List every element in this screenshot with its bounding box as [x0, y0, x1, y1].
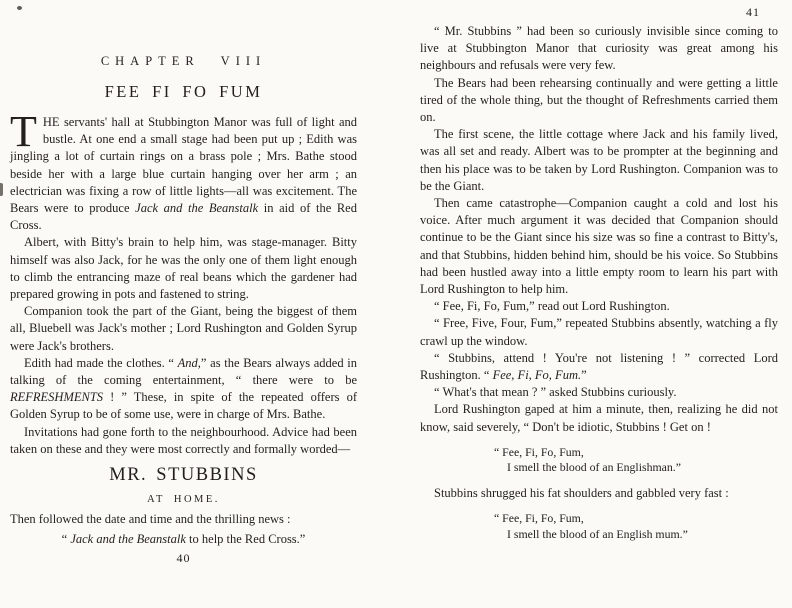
paragraph: Stubbins shrugged his fat shoulders and … [420, 485, 778, 502]
paragraph: The Bears had been rehearsing continuall… [420, 75, 778, 127]
invitation-subheading: AT HOME. [10, 494, 357, 505]
centered-line: “ Jack and the Beanstalk to help the Red… [10, 531, 357, 548]
body-text-run: “ Mr. Stubbins ” had been so curiously i… [420, 24, 778, 72]
paragraph: “ What's that mean ? ” asked Stubbins cu… [420, 384, 778, 401]
body-text-run: “ What's that mean ? ” asked Stubbins cu… [434, 385, 676, 399]
paragraph: Then came catastrophe—Companion caught a… [420, 195, 778, 298]
paragraph: Companion took the part of the Giant, be… [10, 303, 357, 355]
verse-line: “ Fee, Fi, Fo, Fum, [494, 445, 778, 461]
page-right: 41 “ Mr. Stubbins ” had been so curiousl… [396, 0, 792, 608]
page-left: CHAPTER VIII FEE FI FO FUM THE servants'… [0, 0, 396, 608]
body-text-run: The first scene, the little cottage wher… [420, 127, 778, 193]
paragraph: Albert, with Bitty's brain to help him, … [10, 234, 357, 303]
paragraph: “ Stubbins, attend ! You're not listenin… [420, 350, 778, 384]
paragraph: Edith had made the clothes. “ And,” as t… [10, 355, 357, 424]
paragraph: THE servants' hall at Stubbington Manor … [10, 114, 357, 234]
verse-quote: “ Fee, Fi, Fo, Fum,I smell the blood of … [494, 511, 778, 542]
right-page-text: “ Mr. Stubbins ” had been so curiously i… [420, 23, 778, 542]
body-text-run: The Bears had been rehearsing continuall… [420, 76, 778, 124]
chapter-title: FEE FI FO FUM [10, 82, 357, 102]
verse-line: “ Fee, Fi, Fo, Fum, [494, 511, 778, 527]
invitation-heading: MR. STUBBINS [10, 465, 357, 486]
verse-line: I smell the blood of an English mum.” [507, 527, 778, 543]
body-text-run: HE servants' hall at Stubbington Manor w… [10, 115, 357, 215]
body-text-run: Stubbins shrugged his fat shoulders and … [434, 486, 729, 500]
body-text-run: Then followed the date and time and the … [10, 512, 290, 526]
paragraph: Then followed the date and time and the … [10, 511, 357, 528]
body-text-run: Albert, with Bitty's brain to help him, … [10, 235, 357, 301]
body-text-run: ” [581, 368, 587, 382]
body-text-run: “ Fee, Fi, Fo, Fum,” read out Lord Rushi… [434, 299, 670, 313]
italic-text: And, [178, 356, 201, 370]
left-page-text-after: Then followed the date and time and the … [10, 511, 357, 548]
book-spread: CHAPTER VIII FEE FI FO FUM THE servants'… [0, 0, 792, 608]
body-text-run: Lord Rushington gaped at him a minute, t… [420, 402, 778, 433]
body-text-run: Then came catastrophe—Companion caught a… [420, 196, 778, 296]
body-text-run: Edith had made the clothes. “ [24, 356, 178, 370]
italic-text: Fee, Fi, Fo, Fum. [493, 368, 582, 382]
paragraph: The first scene, the little cottage wher… [420, 126, 778, 195]
verse-line: I smell the blood of an Englishman.” [507, 460, 778, 476]
body-text-run: to help the Red Cross.” [186, 532, 305, 546]
body-text-run: “ Free, Five, Four, Fum,” repeated Stubb… [420, 316, 778, 347]
paragraph: Invitations had gone forth to the neighb… [10, 424, 357, 458]
italic-text: REFRESHMENTS [10, 390, 103, 404]
chapter-header: CHAPTER VIII FEE FI FO FUM [10, 54, 357, 102]
italic-text: Jack and the Beanstalk [70, 532, 186, 546]
page-number-right: 41 [420, 5, 778, 20]
page-number-left: 40 [10, 551, 357, 566]
paragraph: “ Fee, Fi, Fo, Fum,” read out Lord Rushi… [420, 298, 778, 315]
body-text-run: “ Stubbins, attend ! You're not listenin… [420, 351, 778, 382]
verse-quote: “ Fee, Fi, Fo, Fum,I smell the blood of … [494, 445, 778, 476]
invitation-card: MR. STUBBINS AT HOME. [10, 465, 357, 505]
drop-cap: T [10, 114, 43, 148]
left-page-text: THE servants' hall at Stubbington Manor … [10, 114, 357, 458]
chapter-heading: CHAPTER VIII [10, 54, 357, 69]
paragraph: “ Free, Five, Four, Fum,” repeated Stubb… [420, 315, 778, 349]
body-text-run: Companion took the part of the Giant, be… [10, 304, 357, 352]
paragraph: Lord Rushington gaped at him a minute, t… [420, 401, 778, 435]
paragraph: “ Mr. Stubbins ” had been so curiously i… [420, 23, 778, 75]
italic-text: Jack and the Beanstalk [135, 201, 258, 215]
body-text-run: Invitations had gone forth to the neighb… [10, 425, 357, 456]
